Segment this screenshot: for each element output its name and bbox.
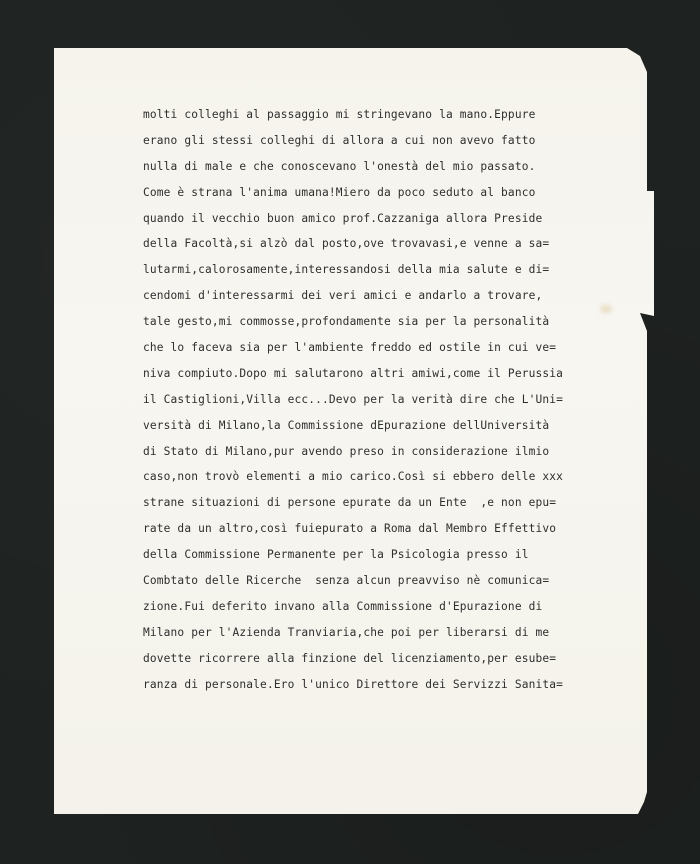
text-line: di Stato di Milano,pur avendo preso in c… bbox=[143, 445, 613, 471]
text-line: erano gli stessi colleghi di allora a cu… bbox=[143, 134, 613, 160]
typewritten-text: molti colleghi al passaggio mi stringeva… bbox=[143, 108, 613, 703]
text-line: della Facoltà,si alzò dal posto,ove trov… bbox=[143, 237, 613, 263]
text-line: zione.Fui deferito invano alla Commissio… bbox=[143, 600, 613, 626]
text-line: ranza di personale.Ero l'unico Direttore… bbox=[143, 678, 613, 704]
text-line: rate da un altro,così fuiepurato a Roma … bbox=[143, 522, 613, 548]
text-line: tale gesto,mi commosse,profondamente sia… bbox=[143, 315, 613, 341]
text-line: strane situazioni di persone epurate da … bbox=[143, 496, 613, 522]
typewritten-page: molti colleghi al passaggio mi stringeva… bbox=[54, 48, 654, 814]
text-line: molti colleghi al passaggio mi stringeva… bbox=[143, 108, 613, 134]
text-line: Combtato delle Ricerche senza alcun prea… bbox=[143, 574, 613, 600]
paper-stain bbox=[600, 305, 612, 313]
text-line: caso,non trovò elementi a mio carico.Cos… bbox=[143, 470, 613, 496]
text-line: della Commissione Permanente per la Psic… bbox=[143, 548, 613, 574]
text-line: niva compiuto.Dopo mi salutarono altri a… bbox=[143, 367, 613, 393]
text-line: Come è strana l'anima umana!Miero da poc… bbox=[143, 186, 613, 212]
text-line: il Castiglioni,Villa ecc...Devo per la v… bbox=[143, 393, 613, 419]
text-line: Milano per l'Azienda Tranviaria,che poi … bbox=[143, 626, 613, 652]
text-line: nulla di male e che conoscevano l'onestà… bbox=[143, 160, 613, 186]
text-line: lutarmi,calorosamente,interessandosi del… bbox=[143, 263, 613, 289]
text-line: cendomi d'interessarmi dei veri amici e … bbox=[143, 289, 613, 315]
text-line: versità di Milano,la Commissione dEpuraz… bbox=[143, 419, 613, 445]
text-line: che lo faceva sia per l'ambiente freddo … bbox=[143, 341, 613, 367]
text-line: quando il vecchio buon amico prof.Cazzan… bbox=[143, 212, 613, 238]
text-line: dovette ricorrere alla finzione del lice… bbox=[143, 652, 613, 678]
